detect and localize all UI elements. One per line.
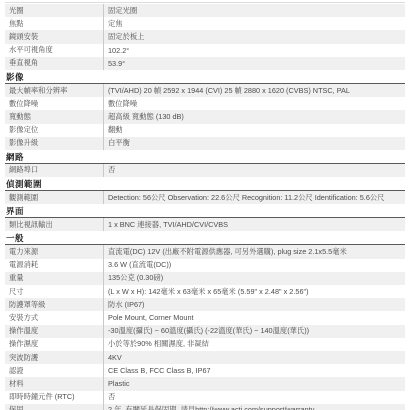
spec-row: 尺寸(L x W x H): 142毫米 x 63毫米 x 65毫米 (5.59… <box>5 285 405 298</box>
spec-row: 電力來源直流電(DC) 12V (出廠不附電源供應器, 可另外選購), plug… <box>5 245 405 258</box>
spec-label: 保固 <box>5 405 103 410</box>
spec-row: 操作濕度小於等於90% 相關濕度, 非凝結 <box>5 338 405 351</box>
spec-row: 數位降噪數位降噪 <box>5 97 405 110</box>
spec-label: 網路埠口 <box>5 165 103 175</box>
section-title: 網路 <box>5 150 405 164</box>
spec-row: 焦點定焦 <box>5 17 405 30</box>
spec-label: 焦點 <box>5 19 103 29</box>
spec-value: 翻動 <box>103 124 405 137</box>
spec-row: 垂直視角53.9° <box>5 57 405 70</box>
spec-row: 網路埠口否 <box>5 164 405 177</box>
spec-label: 水平可視角度 <box>5 45 103 55</box>
spec-row: 觀測範圍Detection: 56公尺 Observation: 22.6公尺 … <box>5 191 405 204</box>
spec-value: 4KV <box>103 351 405 364</box>
spec-label: 材料 <box>5 379 103 389</box>
spec-value: Detection: 56公尺 Observation: 22.6公尺 Reco… <box>103 191 405 204</box>
spec-row: 材料Plastic <box>5 377 405 390</box>
spec-row: 操作溫度-30溫度(攝氏) ~ 60溫度(攝氏) (-22溫度(華氏) ~ 14… <box>5 325 405 338</box>
spec-row: 寬動態超高級 寬動態 (130 dB) <box>5 110 405 123</box>
spec-label: 防護罩等級 <box>5 300 103 310</box>
spec-row: 突波防護4KV <box>5 351 405 364</box>
section-title: 影像 <box>5 70 405 84</box>
spec-value: 3.6 W (直流電(DC)) <box>103 259 405 272</box>
spec-value: -30溫度(攝氏) ~ 60溫度(攝氏) (-22溫度(華氏) ~ 140溫度(… <box>103 325 405 338</box>
spec-label: 突波防護 <box>5 353 103 363</box>
spec-label: 影像定位 <box>5 125 103 135</box>
spec-value: 超高級 寬動態 (130 dB) <box>103 110 405 123</box>
spec-value: 定焦 <box>103 17 405 30</box>
spec-label: 即時時鐘元件 (RTC) <box>5 392 103 402</box>
spec-label: 認證 <box>5 366 103 376</box>
spec-label: 重量 <box>5 273 103 283</box>
spec-sheet-page: 光圈固定光圈焦點定焦鏡頭安裝固定於板上水平可視角度102.2°垂直視角53.9°… <box>0 0 410 410</box>
spec-label: 類比視訊輸出 <box>5 220 103 230</box>
spec-value: 直流電(DC) 12V (出廠不附電源供應器, 可另外選購), plug siz… <box>103 245 405 258</box>
spec-value: 固定於板上 <box>103 30 405 43</box>
spec-label: 數位降噪 <box>5 99 103 109</box>
spec-value: 2 年, 有關延長保固期, 請見http://www.acti.com/supp… <box>103 404 405 410</box>
spec-row: 類比視訊輸出1 x BNC 連接器, TVI/AHD/CVI/CVBS <box>5 218 405 231</box>
spec-label: 操作濕度 <box>5 339 103 349</box>
spec-value: 數位降噪 <box>103 97 405 110</box>
spec-label: 電力來源 <box>5 247 103 257</box>
spec-row: 影像定位翻動 <box>5 124 405 137</box>
spec-label: 觀測範圍 <box>5 193 103 203</box>
spec-row: 認證CE Class B, FCC Class B, IP67 <box>5 364 405 377</box>
spec-value: Plastic <box>103 377 405 390</box>
spec-row: 安裝方式Pole Mount, Corner Mount <box>5 311 405 324</box>
spec-row: 即時時鐘元件 (RTC)否 <box>5 391 405 404</box>
spec-row: 防護罩等級防水 (IP67) <box>5 298 405 311</box>
spec-row: 電源消耗3.6 W (直流電(DC)) <box>5 259 405 272</box>
spec-value: 否 <box>103 164 405 177</box>
spec-label: 最大幀率和分辨率 <box>5 86 103 96</box>
spec-value: (L x W x H): 142毫米 x 63毫米 x 65毫米 (5.59" … <box>103 285 405 298</box>
spec-value: 固定光圈 <box>103 4 405 17</box>
spec-row: 重量135公克 (0.30磅) <box>5 272 405 285</box>
spec-row: 光圈固定光圈 <box>5 4 405 17</box>
spec-row: 水平可視角度102.2° <box>5 44 405 57</box>
spec-label: 垂直視角 <box>5 58 103 68</box>
spec-row: 最大幀率和分辨率(TVI/AHD) 20 幀 2592 x 1944 (CVI)… <box>5 84 405 97</box>
section-title: 一般 <box>5 231 405 245</box>
section-title: 偵測範圍 <box>5 177 405 191</box>
spec-value: CE Class B, FCC Class B, IP67 <box>103 364 405 377</box>
section-title: 界面 <box>5 204 405 218</box>
top-divider <box>5 2 405 3</box>
spec-value: (TVI/AHD) 20 幀 2592 x 1944 (CVI) 25 幀 28… <box>103 84 405 97</box>
spec-label: 電源消耗 <box>5 260 103 270</box>
spec-value: Pole Mount, Corner Mount <box>103 311 405 324</box>
spec-row: 保固2 年, 有關延長保固期, 請見http://www.acti.com/su… <box>5 404 405 410</box>
spec-label: 操作溫度 <box>5 326 103 336</box>
spec-label: 寬動態 <box>5 112 103 122</box>
spec-value: 102.2° <box>103 44 405 57</box>
spec-row: 影像升級白平衡 <box>5 137 405 150</box>
spec-value: 53.9° <box>103 57 405 70</box>
spec-table: 光圈固定光圈焦點定焦鏡頭安裝固定於板上水平可視角度102.2°垂直視角53.9°… <box>5 4 405 410</box>
spec-label: 影像升級 <box>5 138 103 148</box>
spec-value: 1 x BNC 連接器, TVI/AHD/CVI/CVBS <box>103 218 405 231</box>
spec-label: 安裝方式 <box>5 313 103 323</box>
spec-label: 尺寸 <box>5 287 103 297</box>
spec-value: 小於等於90% 相關濕度, 非凝結 <box>103 338 405 351</box>
spec-value: 白平衡 <box>103 137 405 150</box>
spec-value: 防水 (IP67) <box>103 298 405 311</box>
spec-value: 135公克 (0.30磅) <box>103 272 405 285</box>
spec-value: 否 <box>103 391 405 404</box>
spec-row: 鏡頭安裝固定於板上 <box>5 30 405 43</box>
spec-label: 鏡頭安裝 <box>5 32 103 42</box>
spec-label: 光圈 <box>5 6 103 16</box>
